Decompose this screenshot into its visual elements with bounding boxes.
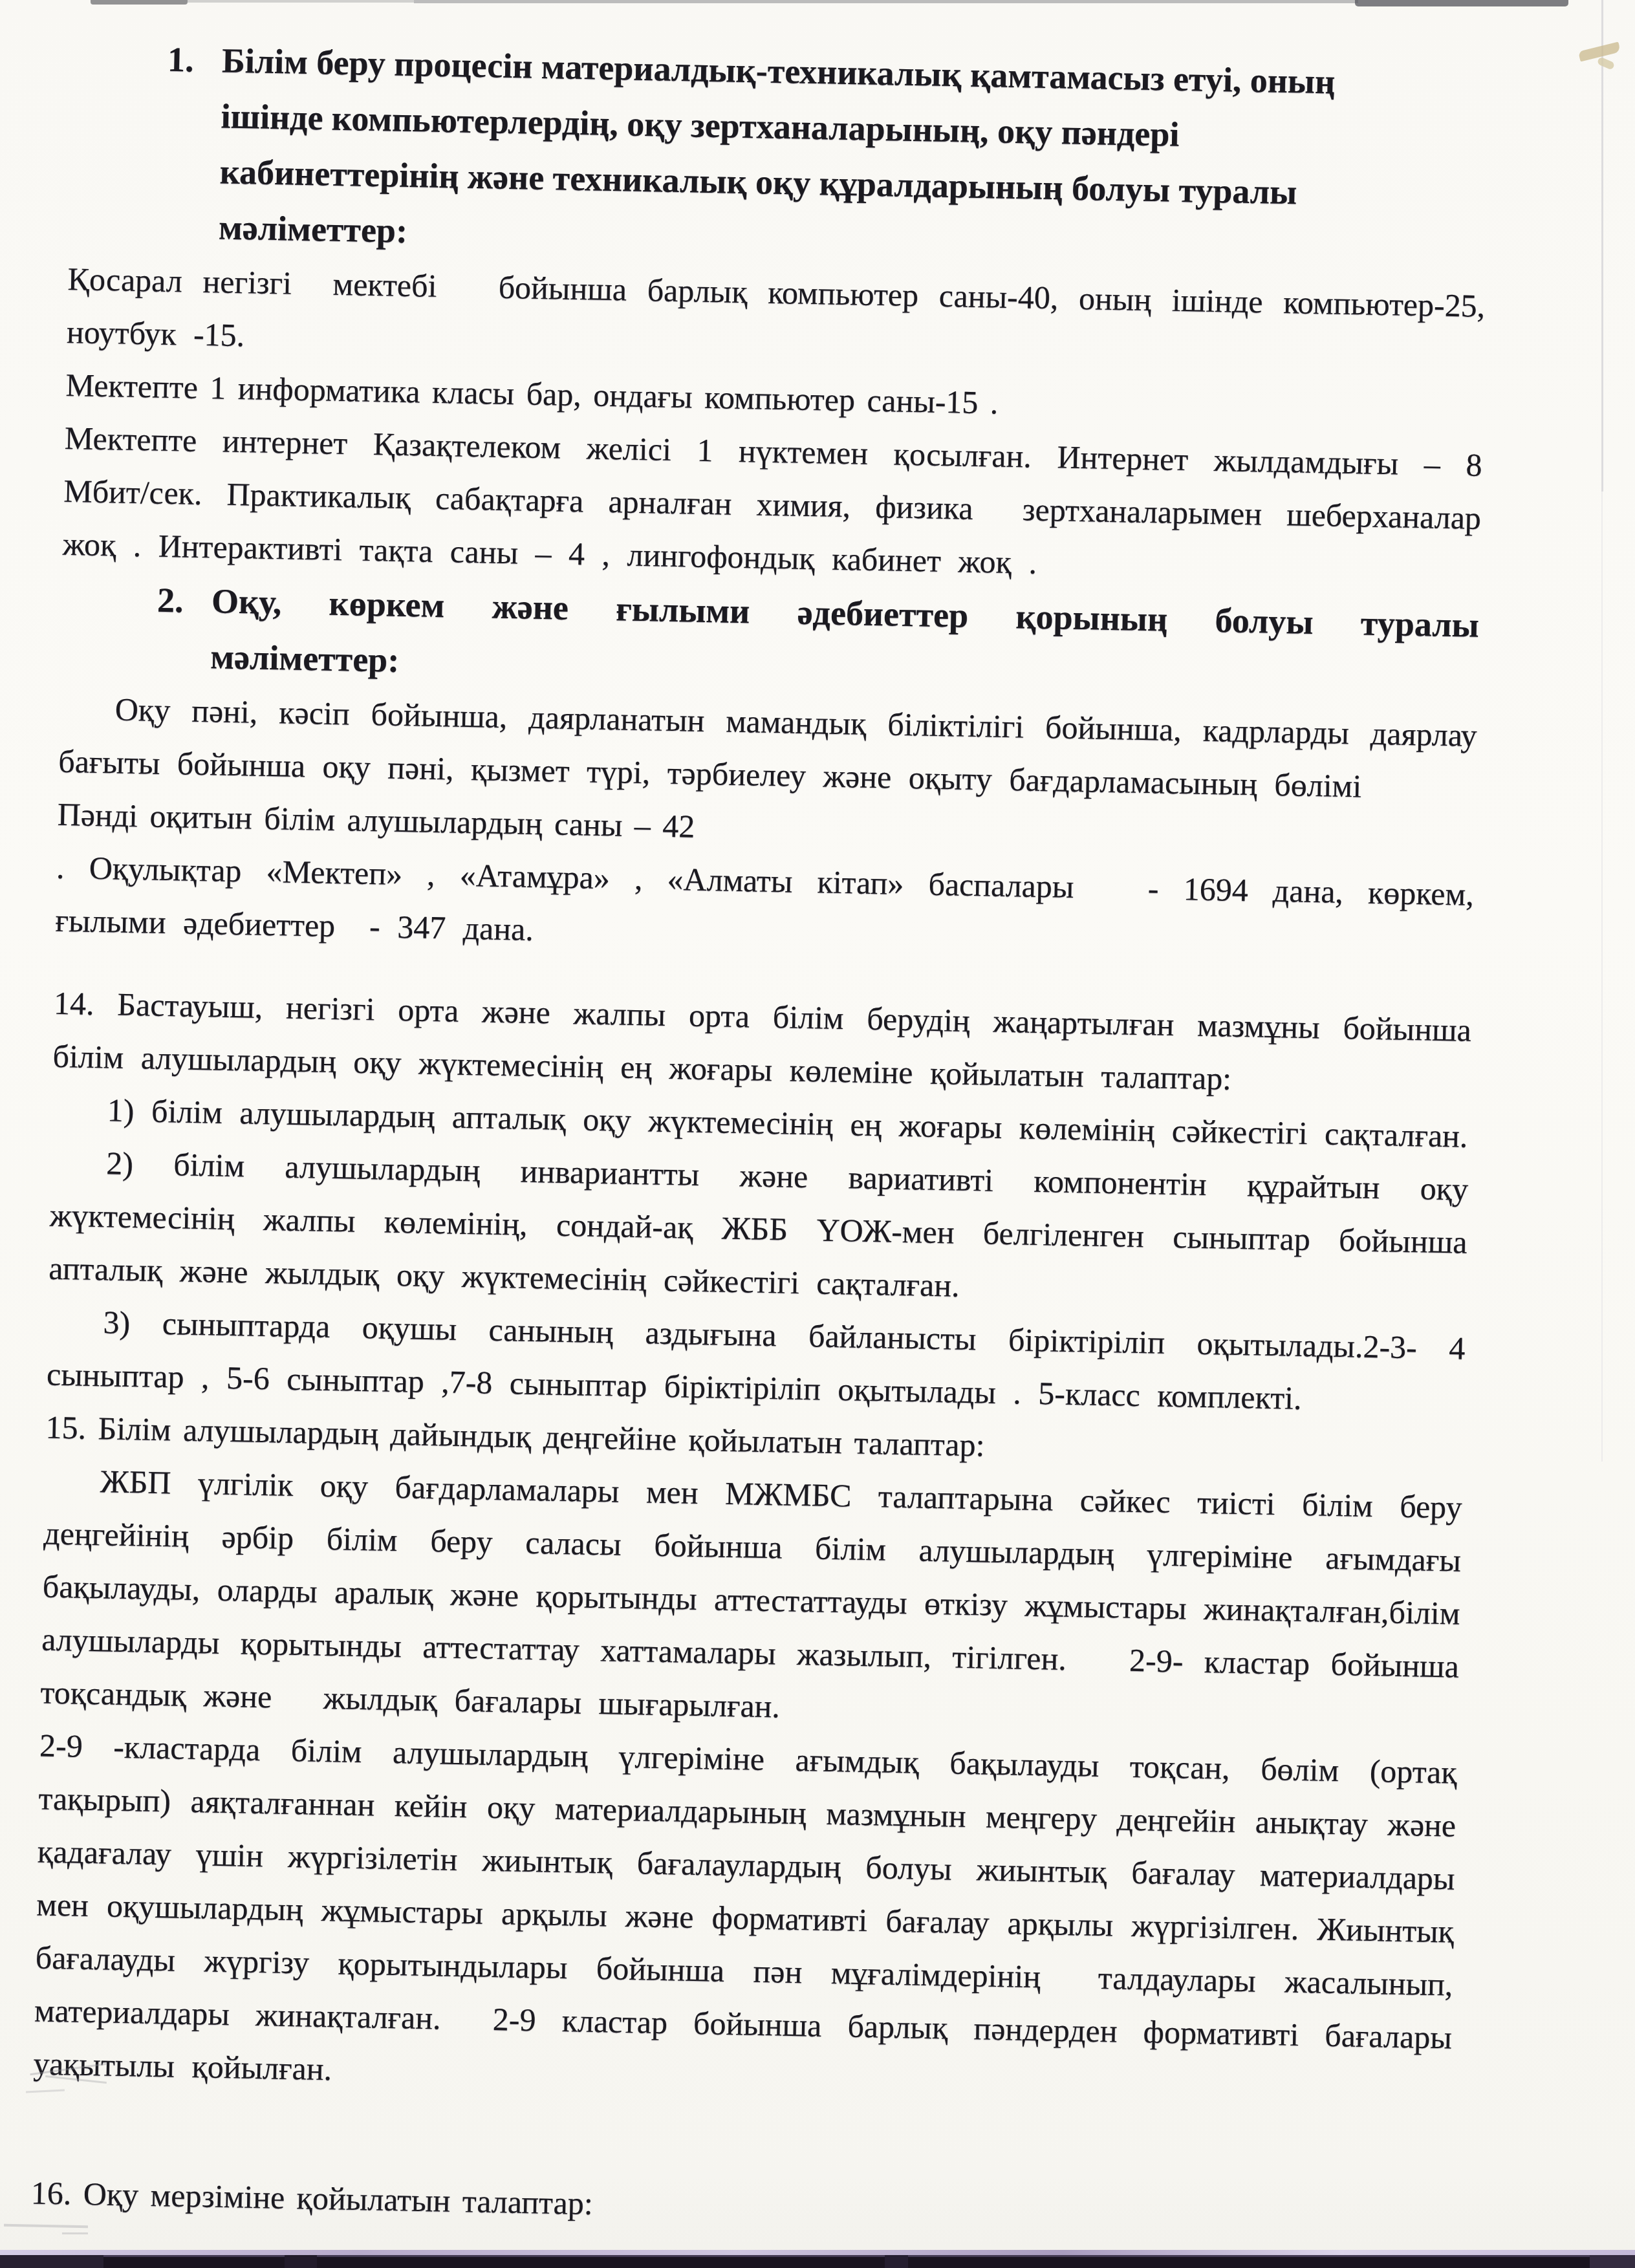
page-edge-line [1601, 0, 1603, 491]
numbered-heading-1: 1. Білім беру процесін материалдық-техни… [164, 32, 1489, 279]
scanner-smudge-top [188, 0, 414, 3]
heading-2-number: 2. [156, 572, 212, 685]
scan-bottom-band [0, 2255, 1635, 2268]
band-segment [0, 2255, 103, 2268]
paragraph-internet: Мектепте интернет Қазақтелеком желісі 1 … [62, 411, 1482, 598]
pencil-smudge [4, 2224, 88, 2228]
band-highlight [0, 2255, 1635, 2257]
paragraph-14-sub-2: 2) білім алушылардың инвариантты және ва… [48, 1136, 1468, 1322]
scan-bottom-highlight-line [0, 2250, 1635, 2255]
tape-mark [1597, 56, 1616, 70]
band-segment [1590, 2255, 1635, 2268]
band-segment [885, 2255, 908, 2268]
heading-1-number: 1. [164, 32, 222, 255]
paragraph-2-9-classes: 2-9 -кластарда білім алушылардың үлгерім… [33, 1719, 1458, 2117]
heading-1-text: Білім беру процесін материалдық-техникал… [218, 32, 1489, 279]
paragraph-16: 16. Оқу мерзіміне қойылатын талаптар: [30, 2166, 1449, 2246]
paragraph-zhbp: ЖБП үлгілік оқу бағдарламалары мен МЖМБС… [40, 1454, 1462, 1746]
scanned-page: 1. Білім беру процесін материалдық-техни… [0, 0, 1635, 2268]
page-edge-line [1601, 491, 1603, 1462]
scanner-smudge-top [91, 0, 188, 5]
band-segment [285, 2255, 317, 2268]
document-content: 1. Білім беру процесін материалдық-техни… [30, 30, 1490, 2246]
scanner-smudge-top [414, 0, 1358, 3]
pencil-smudge [62, 2232, 88, 2234]
scanner-smudge-top [1355, 0, 1568, 6]
